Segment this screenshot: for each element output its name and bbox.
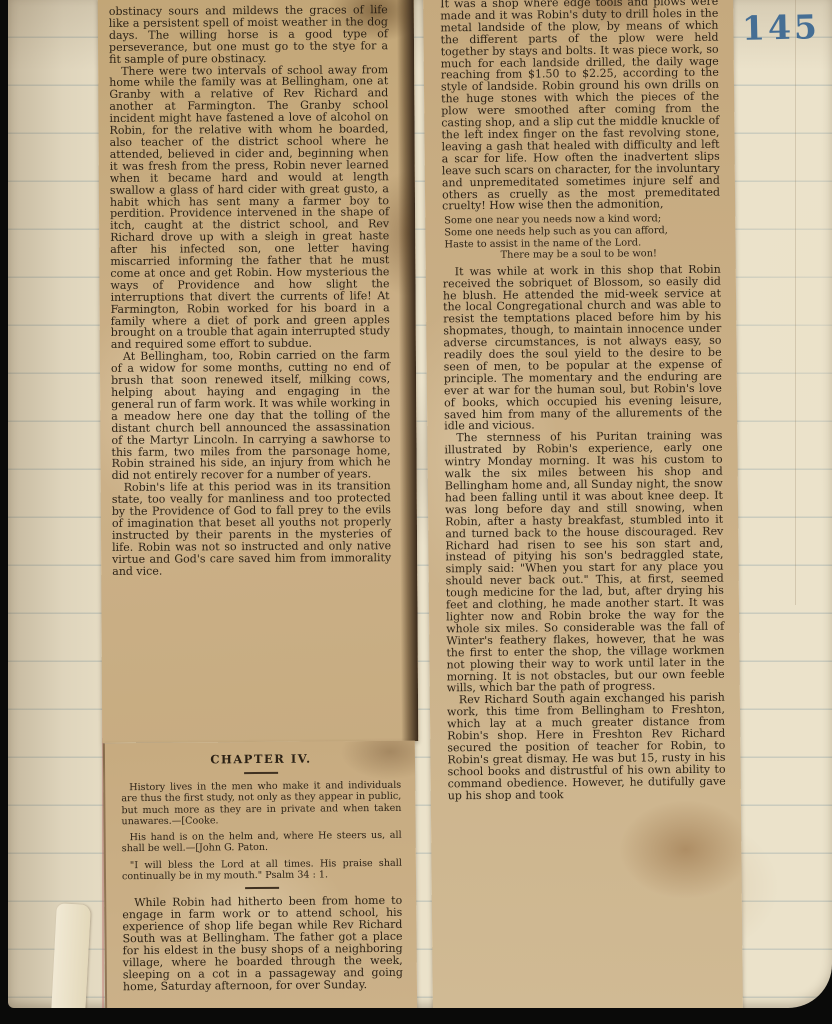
clipping-paragraph: It was while at work in this shop that R…	[443, 263, 723, 432]
divider-rule	[244, 772, 278, 774]
clipping-paragraph: It was a shop where edge tools and plows…	[440, 0, 720, 213]
clipping-paragraph: obstinacy sours and mildews the graces o…	[109, 4, 388, 65]
divider-rule	[245, 887, 279, 889]
notebook-page: 145 obstinacy sours and mildews the grac…	[8, 0, 832, 1008]
newspaper-clipping-right: It was a shop where edge tools and plows…	[423, 0, 743, 1008]
epigraph-block: "I will bless the Lord at all times. His…	[122, 857, 402, 882]
epigraph: "I will bless the Lord at all times. His…	[122, 857, 402, 882]
chapter-heading: CHAPTER IV.	[121, 753, 401, 767]
clipping-paragraph: The sternness of his Puritan training wa…	[444, 430, 725, 695]
page-number: 145	[742, 7, 821, 48]
torn-page-edge	[51, 903, 91, 1008]
clipping-paragraph: There were two intervals of school away …	[109, 64, 390, 351]
epigraph: History lives in the men who make it and…	[121, 780, 401, 828]
epigraph: His hand is on the helm and, where He st…	[122, 830, 402, 855]
newspaper-clipping-chapter-four: CHAPTER IV. History lives in the men who…	[103, 741, 417, 1008]
clipping-paragraph: While Robin had hitherto been from home …	[122, 895, 403, 993]
clipping-paragraph: Rev Richard South again exchanged his pa…	[447, 692, 726, 802]
scrapbook-photo: { "page": { "number": "145", "colors": {…	[0, 0, 832, 1024]
epigraph-block: History lives in the men who make it and…	[121, 780, 401, 828]
clipping-paragraph: Robin's life at this period was in its t…	[112, 480, 392, 577]
newspaper-clipping-left-top: obstinacy sours and mildews the graces o…	[98, 0, 419, 743]
verse-quotation: Some one near you needs now a kind word;…	[444, 213, 720, 262]
clipping-paragraph: At Bellingham, too, Robin carried on the…	[111, 349, 391, 482]
epigraph-block: His hand is on the helm and, where He st…	[122, 830, 402, 855]
